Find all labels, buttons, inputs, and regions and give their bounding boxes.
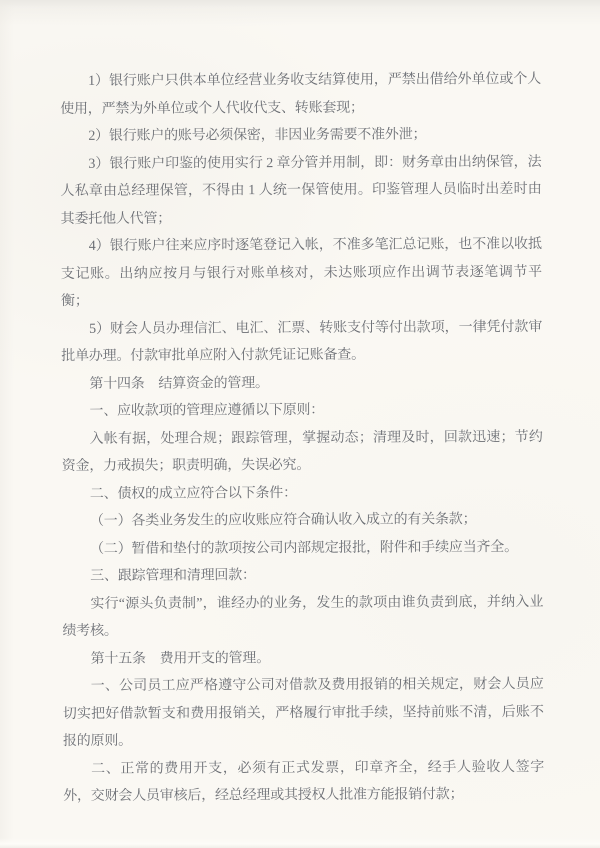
paragraph: 第十五条 费用开支的管理。 [63, 643, 544, 673]
paragraph: 第十四条 结算资金的管理。 [61, 368, 542, 398]
paragraph: （二）暂借和垫付的款项按公司内部规定报批，附件和手续应当齐全。 [62, 533, 543, 563]
paragraph: 2）银行账户的账号必须保密，非因业务需要不准外泄； [60, 121, 541, 151]
paragraph: （一）各类业务发生的应收账应符合确认收入成立的有关条款； [62, 506, 543, 536]
paragraph: 二、正常的费用开支，必须有正式发票，印章齐全，经手人验收人签字外，交财会人员审核… [63, 753, 544, 810]
paragraph: 二、债权的成立应符合以下条件： [62, 478, 543, 508]
paragraph: 4）银行账户往来应序时逐笔登记入帐，不准多笔汇总记账，也不准以收抵支记账。出纳应… [61, 231, 542, 316]
paragraph: 3）银行账户印鉴的使用实行 2 章分管并用制，即：财务章由出纳保管，法人私章由总… [60, 148, 541, 233]
document-body: 1）银行账户只供本单位经营业务收支结算使用，严禁出借给外单位或个人使用，严禁为外… [60, 66, 544, 811]
paragraph: 实行“源头负责制”，谁经办的业务，发生的款项由谁负责到底，并纳入业绩考核。 [62, 588, 543, 645]
scanned-document-page: 1）银行账户只供本单位经营业务收支结算使用，严禁出借给外单位或个人使用，严禁为外… [0, 0, 600, 848]
paragraph: 一、公司员工应严格遵守公司对借款及费用报销的相关规定，财会人员应切实把好借款暂支… [63, 671, 544, 756]
paragraph: 1）银行账户只供本单位经营业务收支结算使用，严禁出借给外单位或个人使用，严禁为外… [60, 66, 541, 123]
paragraph: 三、跟踪管理和清理回款： [62, 561, 543, 591]
paragraph: 一、应收款项的管理应遵循以下原则： [61, 396, 542, 426]
paragraph: 5）财会人员办理信汇、电汇、汇票、转账支付等付出款项，一律凭付款审批单办理。付款… [61, 313, 542, 370]
paragraph: 入帐有据，处理合规；跟踪管理，掌握动态；清理及时，回款迅速；节约资金，力戒损失；… [62, 423, 543, 480]
